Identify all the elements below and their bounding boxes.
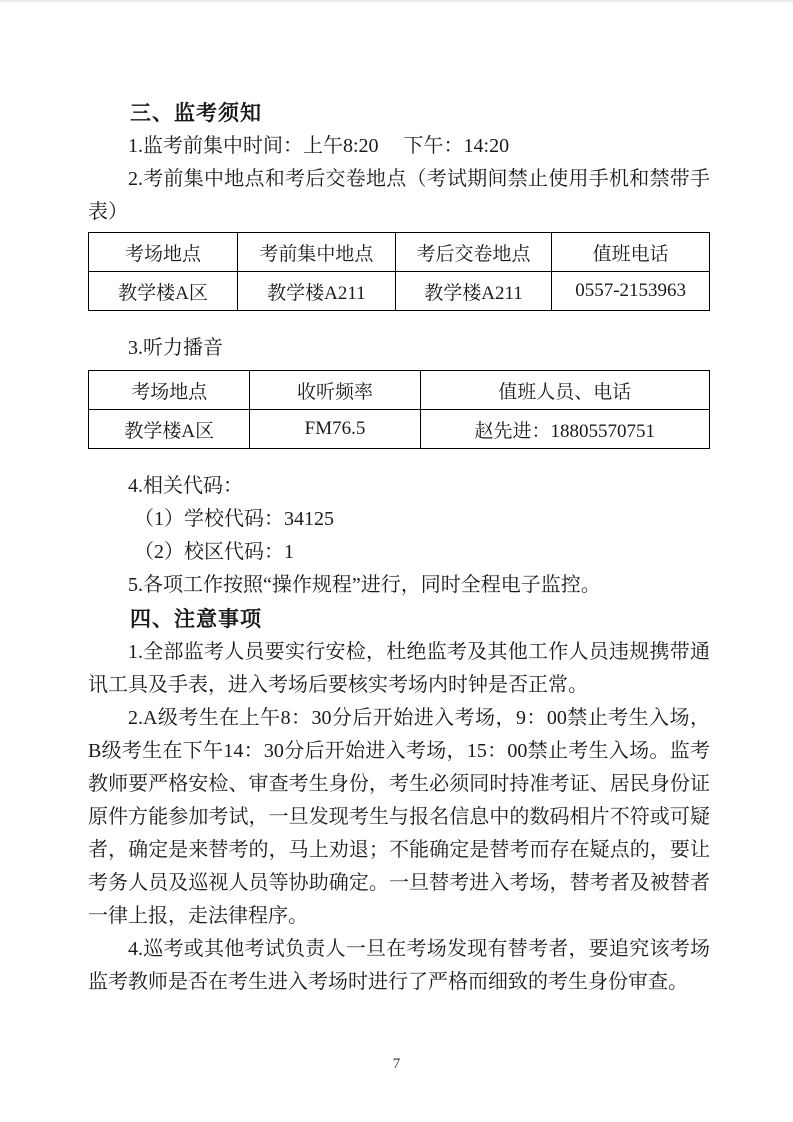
section4-para4-inspection: 4.巡考或其他考试负责人一旦在考场发现有替考者，要追究该考场监考教师是否在考生进… bbox=[88, 933, 710, 999]
document-content: 三、监考须知 1.监考前集中时间：上午8:20 下午：14:20 2.考前集中地… bbox=[88, 96, 710, 999]
section3-item4-codes: 4.相关代码： bbox=[88, 470, 710, 503]
locations-table-header-row: 考场地点 考前集中地点 考后交卷地点 值班电话 bbox=[89, 233, 710, 272]
locations-td-pre-exam-meet: 教学楼A211 bbox=[238, 272, 396, 311]
section4-heading: 四、注意事项 bbox=[88, 602, 710, 636]
locations-th-pre-exam-meet: 考前集中地点 bbox=[238, 233, 396, 272]
locations-table-data-row: 教学楼A区 教学楼A211 教学楼A211 0557-2153963 bbox=[89, 272, 710, 311]
locations-table: 考场地点 考前集中地点 考后交卷地点 值班电话 教学楼A区 教学楼A211 教学… bbox=[88, 232, 710, 311]
broadcast-table-data-row: 教学楼A区 FM76.5 赵先进：18805570751 bbox=[89, 410, 710, 449]
broadcast-td-exam-site: 教学楼A区 bbox=[89, 410, 250, 449]
section3-item1-meeting-time: 1.监考前集中时间：上午8:20 下午：14:20 bbox=[88, 130, 710, 163]
section3-item5-procedures: 5.各项工作按照“操作规程”进行，同时全程电子监控。 bbox=[88, 569, 710, 602]
locations-th-exam-site: 考场地点 bbox=[89, 233, 238, 272]
section3-school-code: （1）学校代码：34125 bbox=[88, 503, 710, 536]
document-page: 三、监考须知 1.监考前集中时间：上午8:20 下午：14:20 2.考前集中地… bbox=[0, 0, 793, 1122]
broadcast-td-frequency: FM76.5 bbox=[250, 410, 420, 449]
locations-td-duty-phone: 0557-2153963 bbox=[552, 272, 710, 311]
broadcast-table: 考场地点 收听频率 值班人员、电话 教学楼A区 FM76.5 赵先进：18805… bbox=[88, 370, 710, 449]
broadcast-th-exam-site: 考场地点 bbox=[89, 371, 250, 410]
broadcast-th-frequency: 收听频率 bbox=[250, 371, 420, 410]
locations-td-exam-site: 教学楼A区 bbox=[89, 272, 238, 311]
section4-para2-entry-rules: 2.A级考生在上午8：30分后开始进入考场，9：00禁止考生入场，B级考生在下午… bbox=[88, 702, 710, 933]
broadcast-table-header-row: 考场地点 收听频率 值班人员、电话 bbox=[89, 371, 710, 410]
broadcast-th-duty-contact: 值班人员、电话 bbox=[420, 371, 709, 410]
locations-th-paper-return: 考后交卷地点 bbox=[395, 233, 551, 272]
section4-para1-security-check: 1.全部监考人员要实行安检，杜绝监考及其他工作人员违规携带通讯工具及手表，进入考… bbox=[88, 636, 710, 702]
broadcast-td-duty-contact: 赵先进：18805570751 bbox=[420, 410, 709, 449]
page-number: 7 bbox=[0, 1056, 793, 1073]
section3-item3-listening-broadcast: 3.听力播音 bbox=[88, 332, 710, 365]
section3-item2-locations: 2.考前集中地点和考后交卷地点（考试期间禁止使用手机和禁带手表） bbox=[88, 163, 710, 229]
locations-td-paper-return: 教学楼A211 bbox=[395, 272, 551, 311]
section3-heading: 三、监考须知 bbox=[88, 96, 710, 130]
locations-th-duty-phone: 值班电话 bbox=[552, 233, 710, 272]
section3-campus-code: （2）校区代码：1 bbox=[88, 536, 710, 569]
